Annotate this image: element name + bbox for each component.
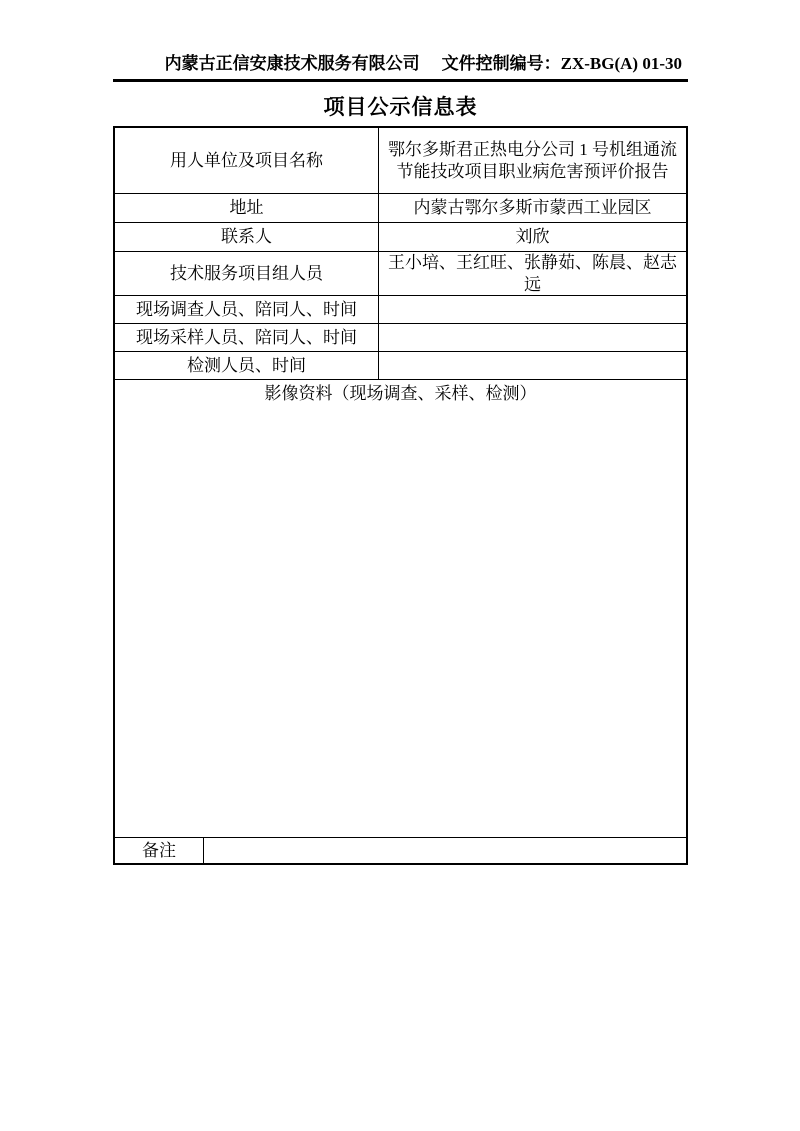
doc-control-number: 文件控制编号：ZX-BG(A) 01-30: [442, 53, 682, 75]
table-row-site-survey: 现场调查人员、陪同人、时间: [115, 295, 686, 323]
row-value-address: 内蒙古鄂尔多斯市蒙西工业园区: [379, 194, 686, 222]
media-materials-header: 影像资料（现场调查、采样、检测）: [115, 380, 686, 837]
row-value-contact-person: 刘欣: [379, 223, 686, 251]
page-title: 项目公示信息表: [113, 94, 688, 121]
table-row-remark: 备注: [115, 837, 686, 863]
table-row-employer-project-name: 用人单位及项目名称 鄂尔多斯君正热电分公司 1 号机组通流节能技改项目职业病危害…: [115, 128, 686, 193]
table-row-service-team: 技术服务项目组人员 王小培、王红旺、张静茹、陈晨、赵志远: [115, 251, 686, 295]
table-row-media-materials: 影像资料（现场调查、采样、检测）: [115, 379, 686, 837]
table-row-address: 地址 内蒙古鄂尔多斯市蒙西工业园区: [115, 193, 686, 222]
row-value-employer-project-name: 鄂尔多斯君正热电分公司 1 号机组通流节能技改项目职业病危害预评价报告: [379, 128, 686, 193]
row-label-site-survey: 现场调查人员、陪同人、时间: [115, 296, 379, 323]
row-value-site-sampling: [379, 324, 686, 351]
table-row-site-sampling: 现场采样人员、陪同人、时间: [115, 323, 686, 351]
table-row-testing-personnel: 检测人员、时间: [115, 351, 686, 379]
row-label-contact-person: 联系人: [115, 223, 379, 251]
table-row-contact-person: 联系人 刘欣: [115, 222, 686, 251]
row-label-address: 地址: [115, 194, 379, 222]
document-header: 内蒙古正信安康技术服务有限公司 文件控制编号：ZX-BG(A) 01-30: [113, 0, 688, 82]
row-label-employer-project-name: 用人单位及项目名称: [115, 128, 379, 193]
row-value-remark: [204, 838, 686, 863]
document-page: 内蒙古正信安康技术服务有限公司 文件控制编号：ZX-BG(A) 01-30 项目…: [113, 0, 688, 865]
project-info-table: 用人单位及项目名称 鄂尔多斯君正热电分公司 1 号机组通流节能技改项目职业病危害…: [113, 126, 688, 865]
row-label-service-team: 技术服务项目组人员: [115, 252, 379, 295]
row-value-testing-personnel: [379, 352, 686, 379]
row-label-site-sampling: 现场采样人员、陪同人、时间: [115, 324, 379, 351]
row-value-service-team: 王小培、王红旺、张静茹、陈晨、赵志远: [379, 252, 686, 295]
row-label-testing-personnel: 检测人员、时间: [115, 352, 379, 379]
row-value-site-survey: [379, 296, 686, 323]
company-name: 内蒙古正信安康技术服务有限公司: [165, 53, 420, 75]
row-label-remark: 备注: [115, 838, 204, 863]
